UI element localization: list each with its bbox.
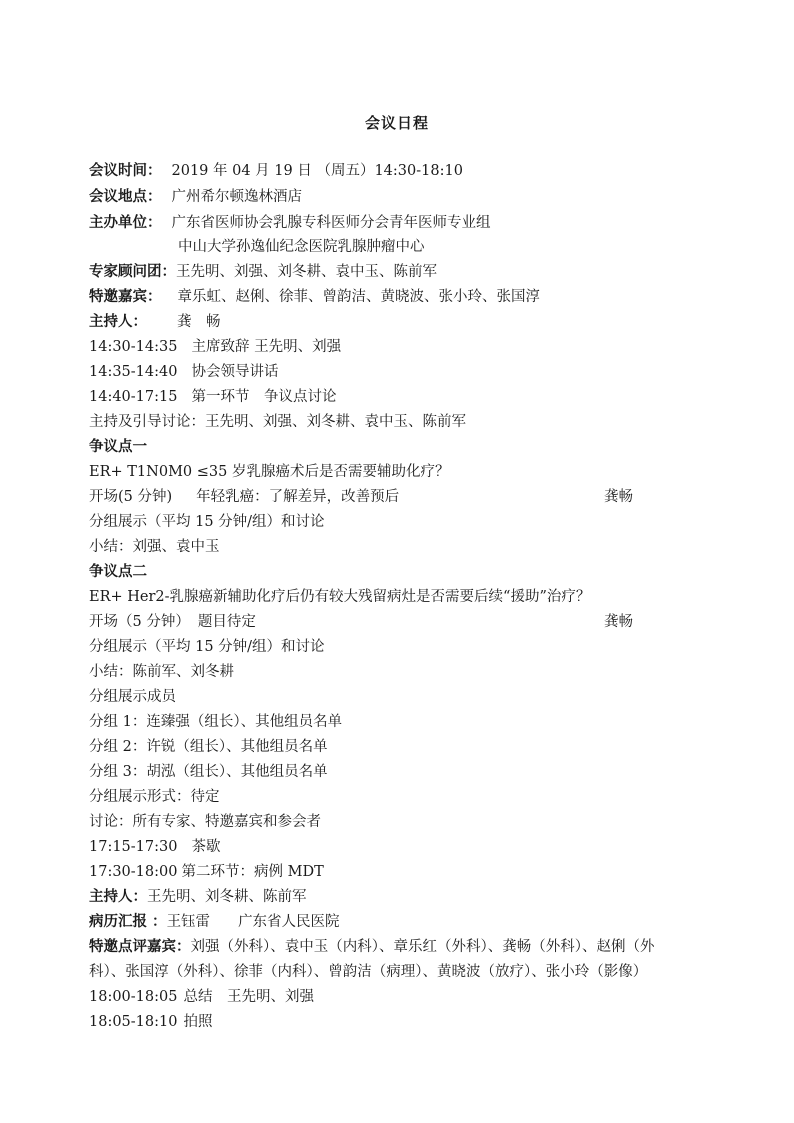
schedule-text: 茶歇 — [191, 839, 220, 855]
page-title: 会议日程 — [0, 112, 794, 133]
info-advisors-value: 王先明、刘强、刘冬耕、袁中玉、陈前军 — [176, 264, 437, 280]
members-heading: 分组展示成员 — [89, 686, 176, 708]
schedule-time: 18:00-18:05 — [89, 989, 177, 1005]
point1-opening: 开场(5 分钟)年轻乳癌：了解差异，改善预后龚畅 — [89, 486, 789, 508]
schedule-item: 14:30-14:35主席致辞 王先明、刘强 — [89, 336, 341, 358]
schedule-text: 协会领导讲话 — [191, 364, 278, 380]
document-page: 会议日程 会议时间：2019 年 04 月 19 日 （周五）14:30-18:… — [0, 0, 794, 1123]
session2-commentators-line1: 刘强（外科）、袁中玉（内科）、章乐红（外科）、龚畅（外科）、赵俐（外 — [191, 939, 655, 955]
schedule-text: 主席致辞 王先明、刘强 — [191, 339, 341, 355]
info-organizer-label: 主办单位： — [89, 215, 162, 231]
point1-opening-speaker: 龚畅 — [604, 486, 633, 508]
info-time: 会议时间：2019 年 04 月 19 日 （周五）14:30-18:10 — [89, 160, 463, 182]
session2-host-label: 主持人： — [89, 889, 147, 905]
point2-opening-topic: 题目待定 — [198, 614, 256, 630]
schedule-item: 17:30-18:00第二环节：病例 MDT — [89, 861, 324, 883]
info-guests-label: 特邀嘉宾： — [89, 289, 162, 305]
info-organizer-value-1: 广东省医师协会乳腺专科医师分会青年医师专业组 — [172, 215, 491, 231]
point1-summary: 小结：刘强、袁中玉 — [89, 536, 220, 558]
point1-opening-topic: 年轻乳癌：了解差异，改善预后 — [196, 489, 399, 505]
session2-host-value: 王先明、刘冬耕、陈前军 — [147, 889, 307, 905]
schedule-text: 第二环节：病例 MDT — [181, 864, 323, 880]
point1-groups: 分组展示（平均 15 分钟/组）和讨论 — [89, 511, 325, 533]
schedule-item: 14:40-17:15第一环节 争议点讨论 — [89, 386, 336, 408]
info-advisors: 专家顾问团：王先明、刘强、刘冬耕、袁中玉、陈前军 — [89, 261, 437, 283]
schedule-item: 18:05-18:10拍照 — [89, 1011, 212, 1033]
info-host-label: 主持人： — [89, 314, 147, 330]
session2-host: 主持人：王先明、刘冬耕、陈前军 — [89, 886, 307, 908]
session2-commentators-line2: 科）、张国淳（外科）、徐菲（内科）、曾韵洁（病理）、黄晓波（放疗）、张小玲（影像… — [89, 961, 647, 983]
session2-case-hospital: 广东省人民医院 — [238, 914, 340, 930]
point2-summary: 小结：陈前军、刘冬耕 — [89, 661, 234, 683]
schedule-text: 第一环节 争议点讨论 — [191, 389, 336, 405]
info-advisors-label: 专家顾问团： — [89, 264, 176, 280]
point1-question: ER+ T1N0M0 ≤35 岁乳腺癌术后是否需要辅助化疗？ — [89, 461, 449, 483]
session2-commentators-label: 特邀点评嘉宾： — [89, 939, 191, 955]
schedule-time: 17:30-18:00 — [89, 864, 177, 880]
schedule-time: 17:15-17:30 — [89, 839, 177, 855]
members-discussion: 讨论：所有专家、特邀嘉宾和参会者 — [89, 811, 321, 833]
members-format: 分组展示形式：待定 — [89, 786, 220, 808]
point1-opening-label: 开场(5 分钟) — [89, 489, 172, 505]
info-organizer: 主办单位：广东省医师协会乳腺专科医师分会青年医师专业组 — [89, 212, 491, 234]
moderators: 主持及引导讨论：王先明、刘强、刘冬耕、袁中玉、陈前军 — [89, 411, 466, 433]
session2-commentators: 特邀点评嘉宾：刘强（外科）、袁中玉（内科）、章乐红（外科）、龚畅（外科）、赵俐（… — [89, 936, 655, 958]
schedule-item: 17:15-17:30茶歇 — [89, 836, 220, 858]
info-venue-label: 会议地点： — [89, 189, 162, 205]
schedule-time: 18:05-18:10 — [89, 1014, 177, 1030]
info-host: 主持人：龚 畅 — [89, 311, 221, 333]
point2-heading: 争议点二 — [89, 561, 147, 583]
point2-opening: 开场（5 分钟）题目待定龚畅 — [89, 611, 789, 633]
session2-case-presenter: 王钰雷 — [167, 914, 211, 930]
point2-opening-label: 开场（5 分钟） — [89, 614, 190, 630]
info-venue: 会议地点：广州希尔顿逸林酒店 — [89, 186, 302, 208]
schedule-item: 18:00-18:05总结 王先明、刘强 — [89, 986, 314, 1008]
schedule-time: 14:40-17:15 — [89, 389, 177, 405]
point2-groups: 分组展示（平均 15 分钟/组）和讨论 — [89, 636, 325, 658]
point2-question: ER+ Her2-乳腺癌新辅助化疗后仍有较大残留病灶是否需要后续“援助”治疗？ — [89, 586, 590, 608]
schedule-text: 拍照 — [183, 1014, 212, 1030]
info-guests-value: 章乐虹、赵俐、徐菲、曾韵洁、黄晓波、张小玲、张国淳 — [178, 289, 541, 305]
schedule-time: 14:35-14:40 — [89, 364, 177, 380]
info-venue-value: 广州希尔顿逸林酒店 — [172, 189, 303, 205]
point2-opening-speaker: 龚畅 — [604, 611, 633, 633]
session2-case: 病历汇报 ：王钰雷广东省人民医院 — [89, 911, 340, 933]
members-group: 分组 2：许锐（组长）、其他组员名单 — [89, 736, 328, 758]
session2-case-label: 病历汇报 ： — [89, 914, 167, 930]
members-group: 分组 3：胡泓（组长）、其他组员名单 — [89, 761, 328, 783]
point1-heading: 争议点一 — [89, 436, 147, 458]
info-host-value: 龚 畅 — [177, 314, 221, 330]
info-guests: 特邀嘉宾：章乐虹、赵俐、徐菲、曾韵洁、黄晓波、张小玲、张国淳 — [89, 286, 540, 308]
schedule-text: 总结 王先明、刘强 — [183, 989, 314, 1005]
members-group: 分组 1：连臻强（组长）、其他组员名单 — [89, 711, 342, 733]
schedule-item: 14:35-14:40协会领导讲话 — [89, 361, 278, 383]
info-organizer-value-2: 中山大学孙逸仙纪念医院乳腺肿瘤中心 — [178, 236, 425, 258]
info-time-value: 2019 年 04 月 19 日 （周五）14:30-18:10 — [172, 163, 463, 179]
schedule-time: 14:30-14:35 — [89, 339, 177, 355]
info-time-label: 会议时间： — [89, 163, 162, 179]
